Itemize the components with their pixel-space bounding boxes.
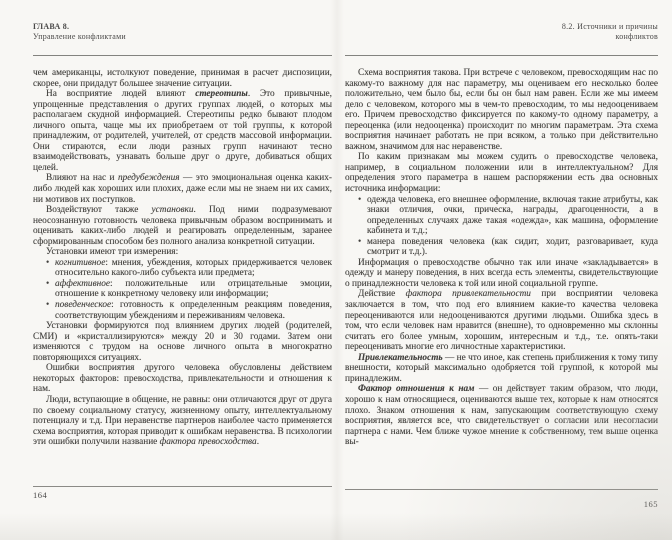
footer-left: 164 xyxy=(33,486,332,500)
page-number-left: 164 xyxy=(33,490,332,500)
emphasized-term: предубеждения xyxy=(118,173,180,183)
text-run: Схема восприятия такова. При встрече с ч… xyxy=(345,68,658,152)
paragraph: Информация о превосходстве обычно так ил… xyxy=(345,258,658,290)
text-run: чем американцы, истолкуют поведение, при… xyxy=(33,68,332,89)
page-left: ГЛАВА 8. Управление конфликтами чем амер… xyxy=(33,22,332,522)
book-spread: ГЛАВА 8. Управление конфликтами чем амер… xyxy=(0,0,672,540)
running-head-left: ГЛАВА 8. Управление конфликтами xyxy=(33,22,332,42)
header-rule-left xyxy=(33,55,332,56)
paragraph: Люди, вступающие в общение, не равны: он… xyxy=(33,395,332,448)
text-run: . Это привычные, упрощенные представлени… xyxy=(33,89,332,173)
footer-rule-right xyxy=(345,489,658,490)
emphasized-term: фактора привлекательности xyxy=(406,289,531,299)
text-run: одежда человека, его внешнее оформление,… xyxy=(367,195,658,237)
paragraph: Фактор отношения к нам — он действует та… xyxy=(345,384,658,447)
page-right: 8.2. Источники и причины конфликтов Схем… xyxy=(345,22,658,522)
paragraph: Ошибки восприятия другого человека обусл… xyxy=(33,363,332,395)
emphasized-term: поведенческое xyxy=(55,300,111,310)
page-number-right: 165 xyxy=(345,499,658,509)
text-run: Действие xyxy=(358,289,406,299)
chapter-label: ГЛАВА 8. xyxy=(33,22,332,32)
emphasized-term: Фактор отношения к нам xyxy=(358,384,475,394)
text-run: Ошибки восприятия другого человека обусл… xyxy=(33,363,332,394)
text-run: На восприятие людей влияют xyxy=(46,89,195,99)
list-item: поведенческое: готовность к определенным… xyxy=(46,300,332,321)
emphasized-term: когнитивное xyxy=(55,258,105,268)
paragraph: Действие фактора привлекательности при в… xyxy=(345,289,658,352)
list-item: одежда человека, его внешнее оформление,… xyxy=(358,195,658,237)
body-text-left: чем американцы, истолкуют поведение, при… xyxy=(33,68,332,488)
text-run: Информация о превосходстве обычно так ил… xyxy=(345,258,658,289)
emphasized-term: фактора превосходства xyxy=(160,437,257,447)
emphasized-term: стереотипы xyxy=(195,89,248,99)
chapter-title: Управление конфликтами xyxy=(33,32,332,42)
paragraph: Воздействуют также установки. Под ними п… xyxy=(33,205,332,247)
emphasized-term: Привлекательность xyxy=(358,353,443,363)
text-run: Влияют на нас и xyxy=(46,173,118,183)
text-run: По каким признакам мы можем судить о пре… xyxy=(345,152,658,194)
header-rule-right xyxy=(345,55,658,56)
body-text-right: Схема восприятия такова. При встрече с ч… xyxy=(345,68,658,488)
bullet-list: одежда человека, его внешнее оформление,… xyxy=(345,195,658,258)
section-label-continued: конфликтов xyxy=(345,32,658,42)
paragraph: чем американцы, истолкуют поведение, при… xyxy=(33,68,332,89)
section-label: 8.2. Источники и причины xyxy=(345,22,658,32)
text-run: манера поведения человека (как сидит, хо… xyxy=(367,237,658,258)
footer-right: 165 xyxy=(345,489,658,509)
list-item: аффективное: положительные или отрицател… xyxy=(46,279,332,300)
emphasized-term: аффективное xyxy=(55,279,110,289)
paragraph: Влияют на нас и предубеждения — это эмоц… xyxy=(33,173,332,205)
paragraph: На восприятие людей влияют стереотипы. Э… xyxy=(33,89,332,173)
bullet-list: когнитивное: мнения, убеждения, которых … xyxy=(33,258,332,321)
paragraph: Установки имеют три измерения: xyxy=(33,247,332,258)
footer-rule-left xyxy=(33,486,332,487)
text-run: Установки формируются под влиянием други… xyxy=(33,321,332,363)
text-run: Воздействуют также xyxy=(46,205,151,215)
paragraph: Установки формируются под влиянием други… xyxy=(33,321,332,363)
text-run: . xyxy=(257,437,259,447)
paragraph: Схема восприятия такова. При встрече с ч… xyxy=(345,68,658,152)
list-item: когнитивное: мнения, убеждения, которых … xyxy=(46,258,332,279)
paragraph: По каким признакам мы можем судить о пре… xyxy=(345,152,658,194)
list-item: манера поведения человека (как сидит, хо… xyxy=(358,237,658,258)
text-run: Установки имеют три измерения: xyxy=(46,247,178,257)
paragraph: Привлекательность — не что иное, как сте… xyxy=(345,353,658,385)
running-head-right: 8.2. Источники и причины конфликтов xyxy=(345,22,658,42)
emphasized-term: установки xyxy=(151,205,193,215)
